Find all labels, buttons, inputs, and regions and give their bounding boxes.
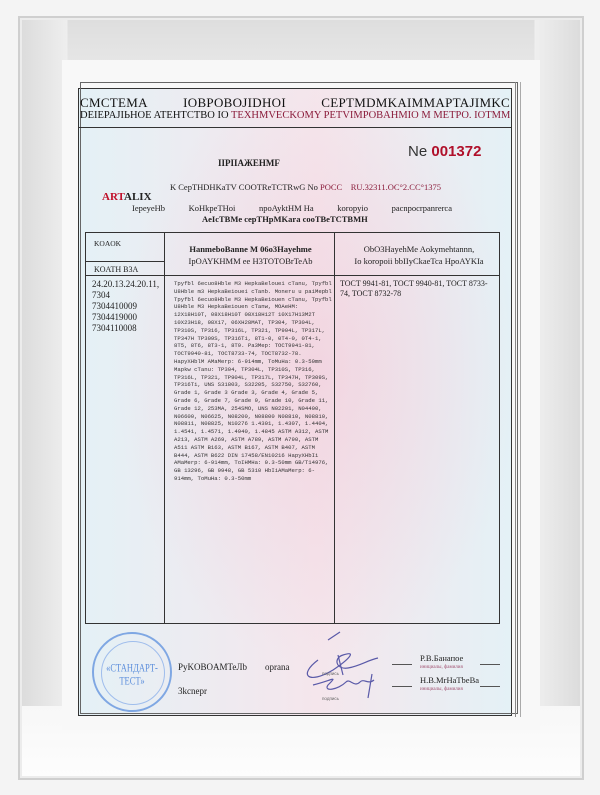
signatory-name-2: H.B.MrHaTbeBa [420,675,479,685]
intro-word: IepeyeHb [132,203,165,213]
brand-logo: ARTALIX [102,191,152,203]
cert-ref-code: POCC [320,182,342,192]
col1-header-top: KOAOK [94,239,121,248]
col-divider [334,233,335,623]
header-word-3: CEPTMDMKAIMMAPTAJIMKC [321,95,510,111]
code: 7304410009 [92,301,159,312]
header-divider [78,127,512,128]
header-divider [86,275,499,276]
header-system-line: СМСТЕМА IOBPOBOJIDHOI CEPTMDMKAIMMAPTAJI… [80,95,510,111]
col3-header-line1: ObO3HayehMe Aokymehtannn, [364,244,474,254]
intro-line-2: AeIcTBMe cepTHpMKara cooTBeTCTBMH [202,214,368,224]
cert-ref-prefix: K CepTHDHKaTV COOTReTCTRwG No [170,182,318,192]
code: 7304 [92,290,159,301]
signature-role-expert: 3kcnepr [178,686,207,696]
products-table: KOAOK KOATH B3A HanmeboBanne M 06o3Hayeh… [85,232,500,624]
name-underline [392,664,412,665]
signature-role-head: PyKOBOAMTeЛb oprana [178,662,289,672]
col3-header-line2: Io koropoii bbIIyCkaeTca HpoAYKIa [354,256,483,266]
document-number: Ne 001372 [408,143,481,160]
standards-documents: TOCT 9941-81, TOCT 9940-81, TOCT 8733-74… [340,279,496,299]
paper-edge [515,82,521,717]
role-organ: oprana [265,662,290,672]
col2-header-normal: IpOAYKHMM ee H3TOTOBrTeAb [189,256,313,266]
stamp-seal-icon: «СТАНДАРТ-ТЕСТ» [92,632,172,712]
intro-word: KoHkpeTHoi [189,203,236,213]
intro-line-1: IepeyeHb KoHkpeTHoi npoAyktHM Ha koropyi… [132,203,452,213]
col1-header-bottom: KOATH B3A [94,265,138,274]
intro-word: pacnpocrpanrerca [392,203,452,213]
brand-black: ALIX [124,191,152,203]
header-agency-line: DEIEPAJIЬHOE ATEHTCTBO IO TEXHMVECKOMY P… [80,110,510,121]
signatory-name-1: P.B.Банапое [420,653,463,663]
signatory-name-2-caption: инициалы, фамилия [420,687,463,692]
code: 7304419000 [92,312,159,323]
brand-red: ART [102,191,124,203]
number-label: Ne [408,143,427,160]
code: 7304110008 [92,323,159,334]
handwritten-signature-icon [288,630,398,705]
intro-word: npoAyktHM Ha [259,203,314,213]
signature-caption: подпись [322,696,339,701]
certificate-reference: K CepTHDHKaTV COOTReTCTRwG No POCC RU.32… [170,182,441,192]
col2-header-bold: HanmeboBanne M 06o3Hayehme [189,244,311,254]
name-underline [480,686,500,687]
cert-ref-number: RU.32311.OC°2.CC°1375 [351,182,441,192]
document-title: IIPIIAЖEHMF [218,158,280,168]
row-divider [86,261,164,262]
code: 24.20.13.24.20.11, [92,279,159,290]
col3-header: ObO3HayehMe Aokymehtannn, Io koropoii bb… [338,243,500,267]
col2-header: HanmeboBanne M 06o3Hayehme IpOAYKHMM ee … [168,243,333,267]
name-underline [392,686,412,687]
role-head: PyKOBOAMTeЛb [178,662,247,672]
intro-word: koropyio [337,203,368,213]
product-codes: 24.20.13.24.20.11, 7304 7304410009 73044… [92,279,159,334]
stamp-text: «СТАНДАРТ-ТЕСТ» [94,661,170,687]
agency-text: DEIEPAJIЬHOE ATEHTCTBO IO [80,110,231,121]
agency-text-red: TEXHMVECKOMY PETVIMPOBAHMIO M METPO. IOT… [231,110,510,121]
header-word-1: СМСТЕМА [80,95,148,111]
header-word-2: IOBPOBOJIDHOI [183,95,286,111]
signature-caption: подпись [322,671,339,676]
name-underline [480,664,500,665]
product-description: Tpyfbl 6ecuo8Hble M3 HepkaBelouei cTanu,… [174,280,334,483]
col-divider [164,233,165,623]
signatory-name-1-caption: инициалы, фамилия [420,665,463,670]
number-value: 001372 [431,143,481,160]
